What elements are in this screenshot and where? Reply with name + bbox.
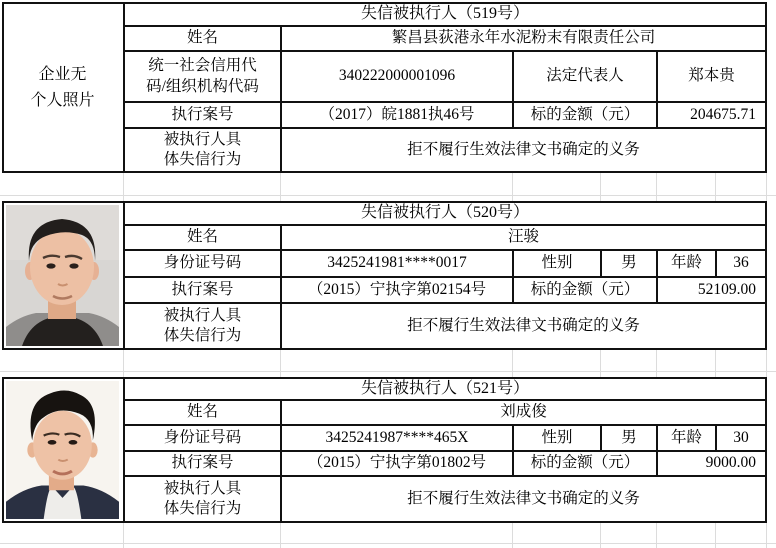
name-label: 姓名 [125,401,282,426]
grid-line [600,523,601,548]
grid-line [715,523,716,548]
credit-code-label: 统一社会信用代 码/组织机构代码 [125,52,282,103]
id-number-value: 3425241981****0017 [282,251,514,278]
grid-line [512,173,513,201]
behavior-value: 拒不履行生效法律文书确定的义务 [282,477,767,523]
grid-line [656,523,657,548]
grid-line [600,173,601,201]
legal-rep-value: 郑本贵 [658,52,767,103]
record-title: 失信被执行人（521号） [125,379,767,401]
debtor-record-521: 失信被执行人（521号） 姓名 刘成俊 身份证号码 3425241987****… [2,377,767,523]
spreadsheet-gap-strip [0,350,776,377]
behavior-label: 被执行人具 体失信行为 [125,477,282,523]
behavior-label: 被执行人具 体失信行为 [125,304,282,350]
record-title: 失信被执行人（520号） [125,203,767,226]
name-label: 姓名 [125,226,282,251]
case-no-value: （2015）宁执字第02154号 [282,278,514,304]
amount-label: 标的金额（元） [514,452,658,477]
debtor-record-519: 企业无 个人照片 失信被执行人（519号） 姓名 繁昌县荻港永年水泥粉末有限责任… [2,2,767,173]
name-value: 刘成俊 [282,401,767,426]
name-value: 繁昌县荻港永年水泥粉末有限责任公司 [282,27,767,52]
grid-line [715,350,716,377]
debtor-record-520: 失信被执行人（520号） 姓名 汪骏 身份证号码 3425241981****0… [2,201,767,350]
grid-line [715,173,716,201]
male-portrait-photo-white-background [6,381,119,519]
grid-line [280,350,281,377]
no-photo-placeholder-text: 企业无 个人照片 [30,62,94,113]
dishonest-debtor-notice-page: 企业无 个人照片 失信被执行人（519号） 姓名 繁昌县荻港永年水泥粉末有限责任… [0,0,776,548]
id-number-label: 身份证号码 [125,426,282,452]
grid-line [0,543,776,544]
id-number-label: 身份证号码 [125,251,282,278]
photo-cell: 企业无 个人照片 [4,4,125,173]
age-value: 36 [717,251,767,278]
grid-line [123,350,124,377]
amount-label: 标的金额（元） [514,103,658,129]
grid-line [766,523,767,548]
grid-line [766,173,767,201]
age-label: 年龄 [658,251,717,278]
case-no-value: （2017）皖1881执46号 [282,103,514,129]
grid-line [280,173,281,201]
grid-line [600,350,601,377]
grid-line [0,195,776,196]
gender-label: 性别 [514,426,602,452]
grid-line [656,173,657,201]
record-title: 失信被执行人（519号） [125,4,767,27]
male-portrait-photo-gray-background [6,205,119,346]
age-label: 年龄 [658,426,717,452]
grid-line [0,371,776,372]
gender-value: 男 [602,426,658,452]
grid-line [766,350,767,377]
grid-line [656,350,657,377]
amount-label: 标的金额（元） [514,278,658,304]
id-number-value: 3425241987****465X [282,426,514,452]
case-no-value: （2015）宁执字第01802号 [282,452,514,477]
grid-line [123,173,124,201]
grid-line [123,523,124,548]
credit-code-value: 340222000001096 [282,52,514,103]
behavior-value: 拒不履行生效法律文书确定的义务 [282,304,767,350]
behavior-label: 被执行人具 体失信行为 [125,129,282,173]
behavior-value: 拒不履行生效法律文书确定的义务 [282,129,767,173]
photo-cell [4,379,125,523]
gender-value: 男 [602,251,658,278]
case-no-label: 执行案号 [125,452,282,477]
amount-value: 52109.00 [658,278,767,304]
spreadsheet-gap-strip [0,523,776,548]
case-no-label: 执行案号 [125,103,282,129]
spreadsheet-gap-strip [0,173,776,201]
case-no-label: 执行案号 [125,278,282,304]
amount-value: 9000.00 [658,452,767,477]
photo-cell [4,203,125,350]
grid-line [280,523,281,548]
legal-rep-label: 法定代表人 [514,52,658,103]
name-label: 姓名 [125,27,282,52]
grid-line [512,350,513,377]
grid-line [512,523,513,548]
gender-label: 性别 [514,251,602,278]
amount-value: 204675.71 [658,103,767,129]
age-value: 30 [717,426,767,452]
name-value: 汪骏 [282,226,767,251]
